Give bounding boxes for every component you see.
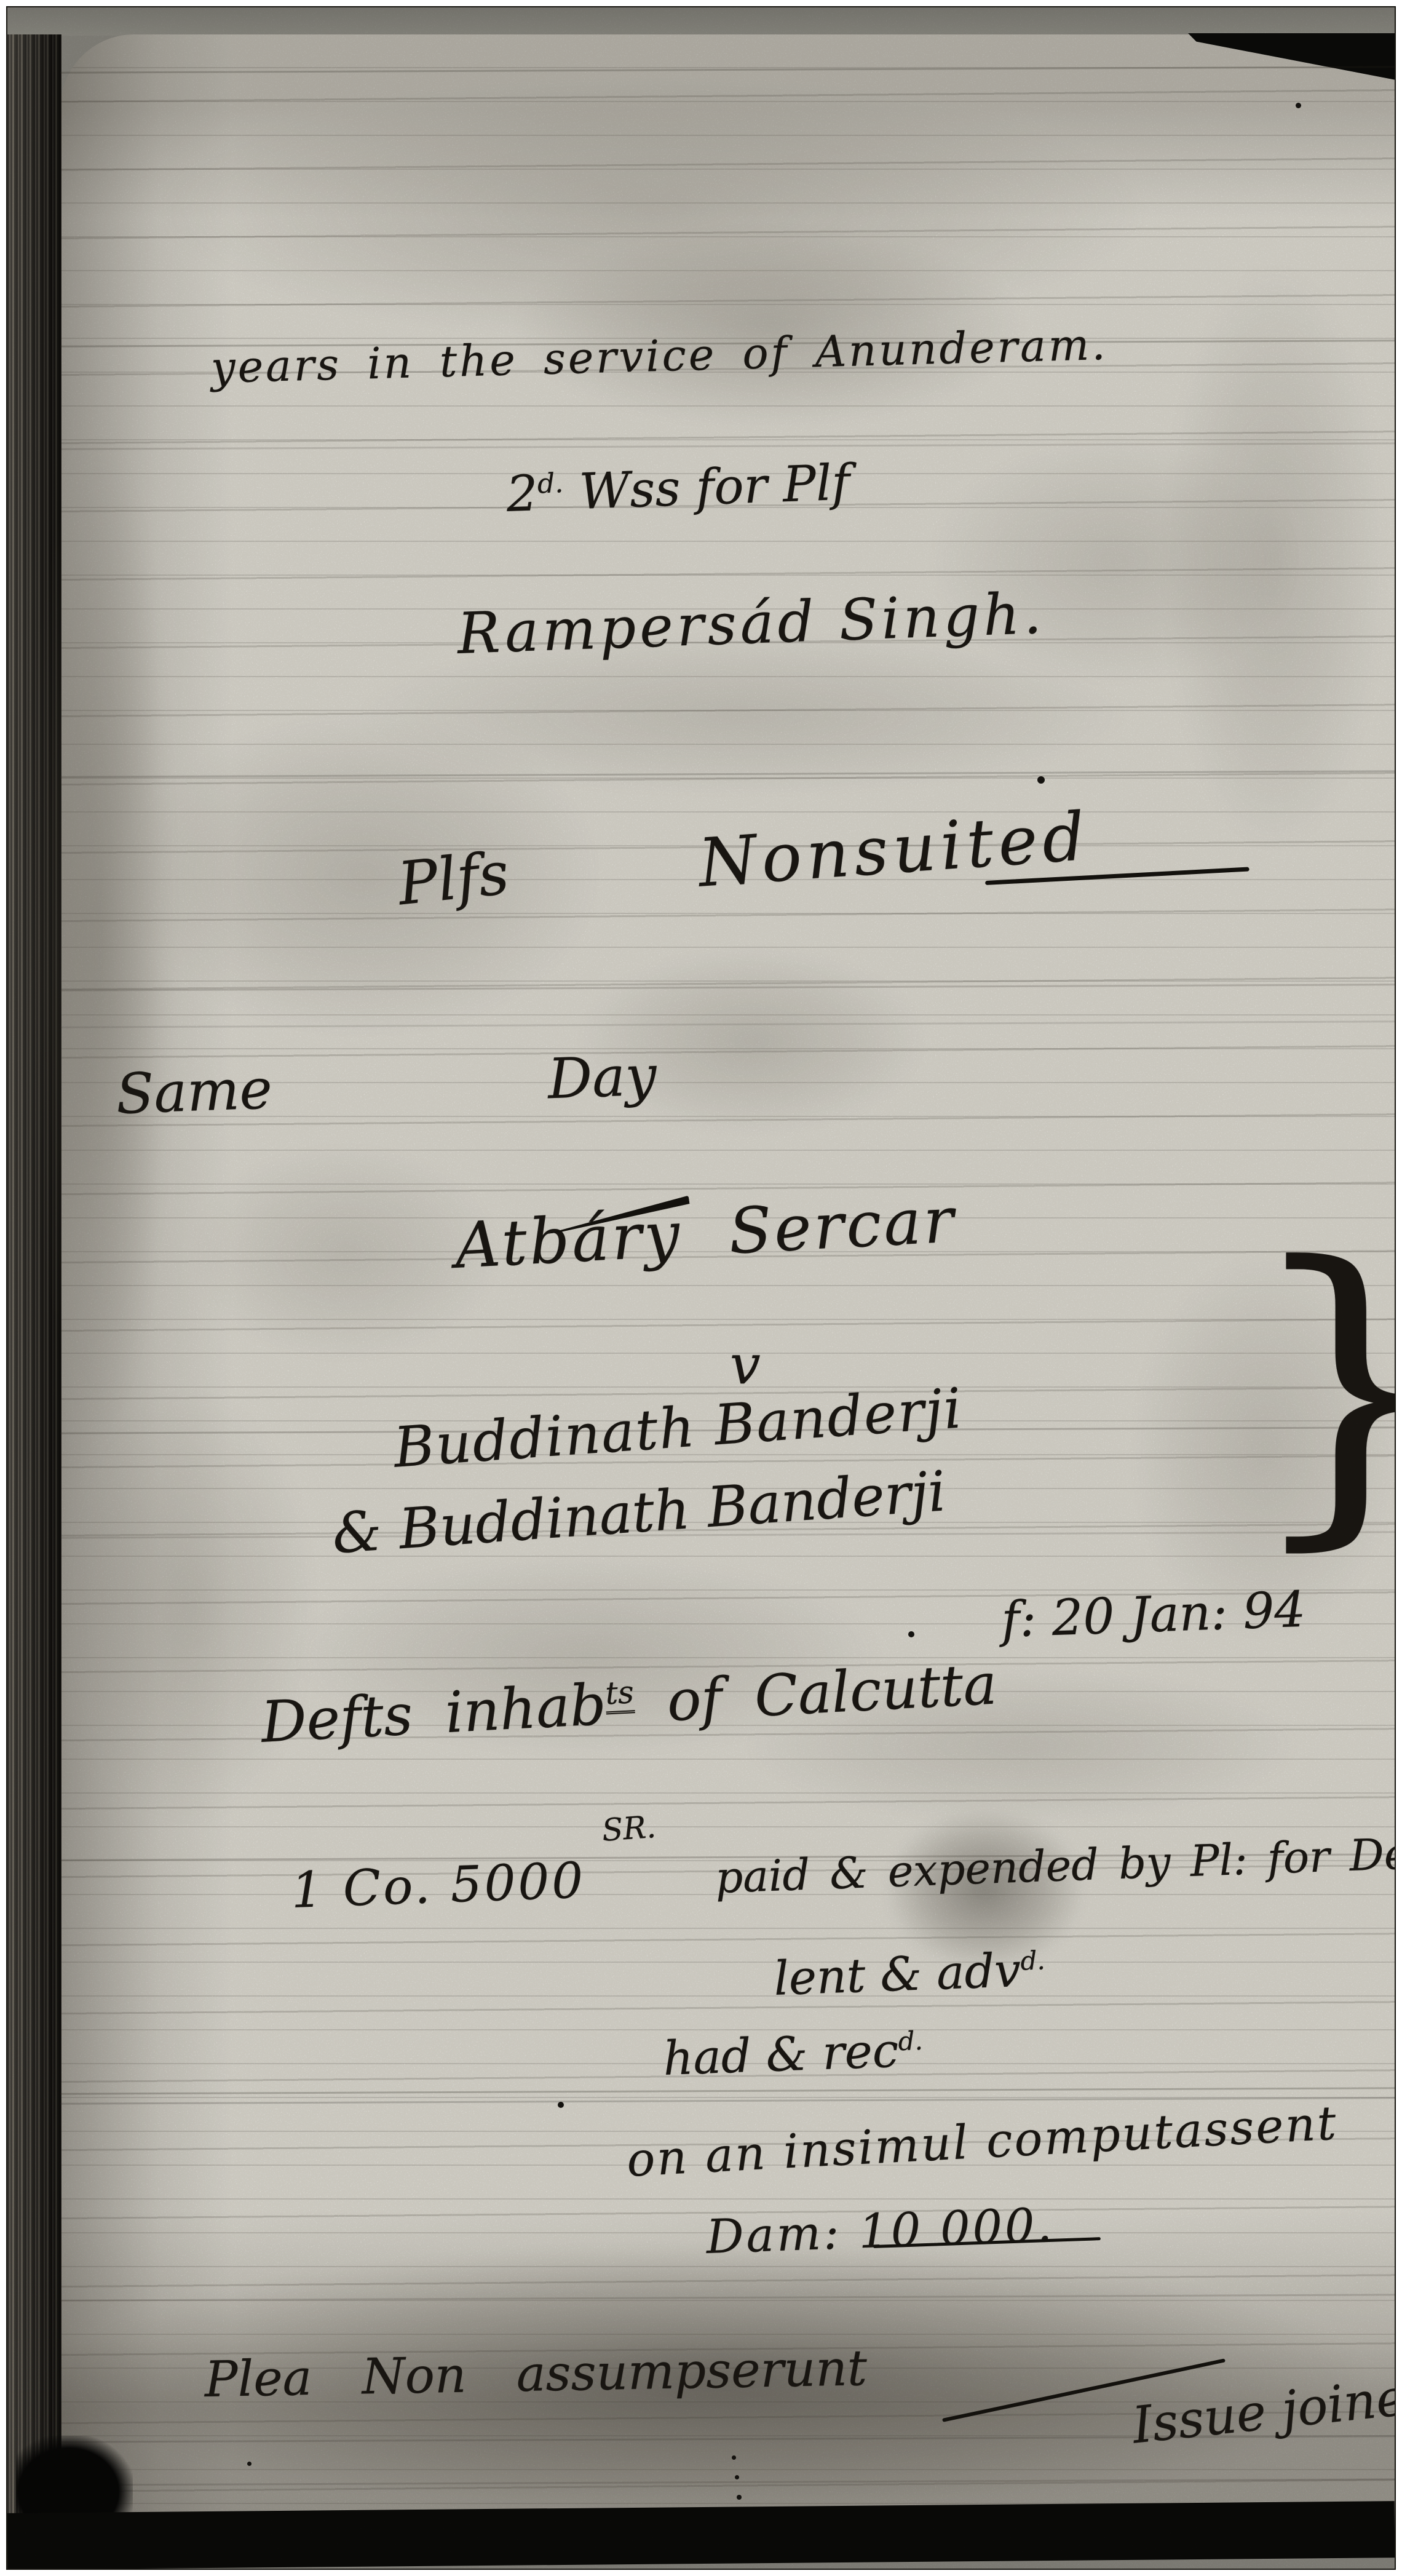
lent-text: lent & adv	[773, 1942, 1022, 2006]
witness-text: Wss for Plf	[563, 454, 851, 521]
ink-dot	[558, 2102, 564, 2108]
had-superscript: d.	[898, 2025, 924, 2056]
handwritten-plea-line: Plea Non assumpserunt	[204, 2339, 868, 2408]
document-scan: years in the service of Anunderam. 2d. W…	[6, 6, 1396, 2570]
ink-dot	[247, 2462, 251, 2466]
witness-number: 2	[505, 464, 539, 523]
ink-dot	[737, 2495, 742, 2500]
handwritten-line-witness: 2d. Wss for Plf	[505, 454, 851, 523]
handwritten-lent-line: lent & advd.	[773, 1942, 1047, 2006]
ink-dot	[1296, 103, 1301, 108]
ink-dot	[1037, 776, 1045, 784]
margin-streak	[69, 1391, 315, 1822]
witness-superscript: d.	[537, 467, 564, 499]
bottom-left-shadow-blob	[16, 2436, 133, 2522]
had-text: had & rec	[662, 2023, 900, 2086]
defts-superscript: ts	[604, 1674, 635, 1715]
handwritten-had-line: had & recd.	[662, 2022, 924, 2086]
ink-dot	[732, 2455, 736, 2460]
versus-mark: v	[730, 1333, 761, 1396]
party-brace: }	[1243, 1198, 1396, 1577]
lent-superscript: d.	[1020, 1945, 1046, 1976]
scan-bottom-shadow	[7, 2501, 1395, 2570]
bleedthrough-smudge	[130, 715, 598, 1035]
ink-dot	[735, 2475, 739, 2479]
handwritten-filing-date: f: 20 Jan: 94	[1000, 1581, 1307, 1648]
ink-dot	[908, 1631, 914, 1637]
handwritten-claim-amount: 1 Co. 5000	[290, 1851, 587, 1919]
scan-top-margin	[7, 7, 1395, 36]
currency-superscript: SR.	[601, 1809, 657, 1848]
bleedthrough-smudge	[192, 1145, 499, 1361]
handwritten-plfs: Plfs	[395, 838, 512, 918]
margin-streak	[26, 438, 173, 1422]
